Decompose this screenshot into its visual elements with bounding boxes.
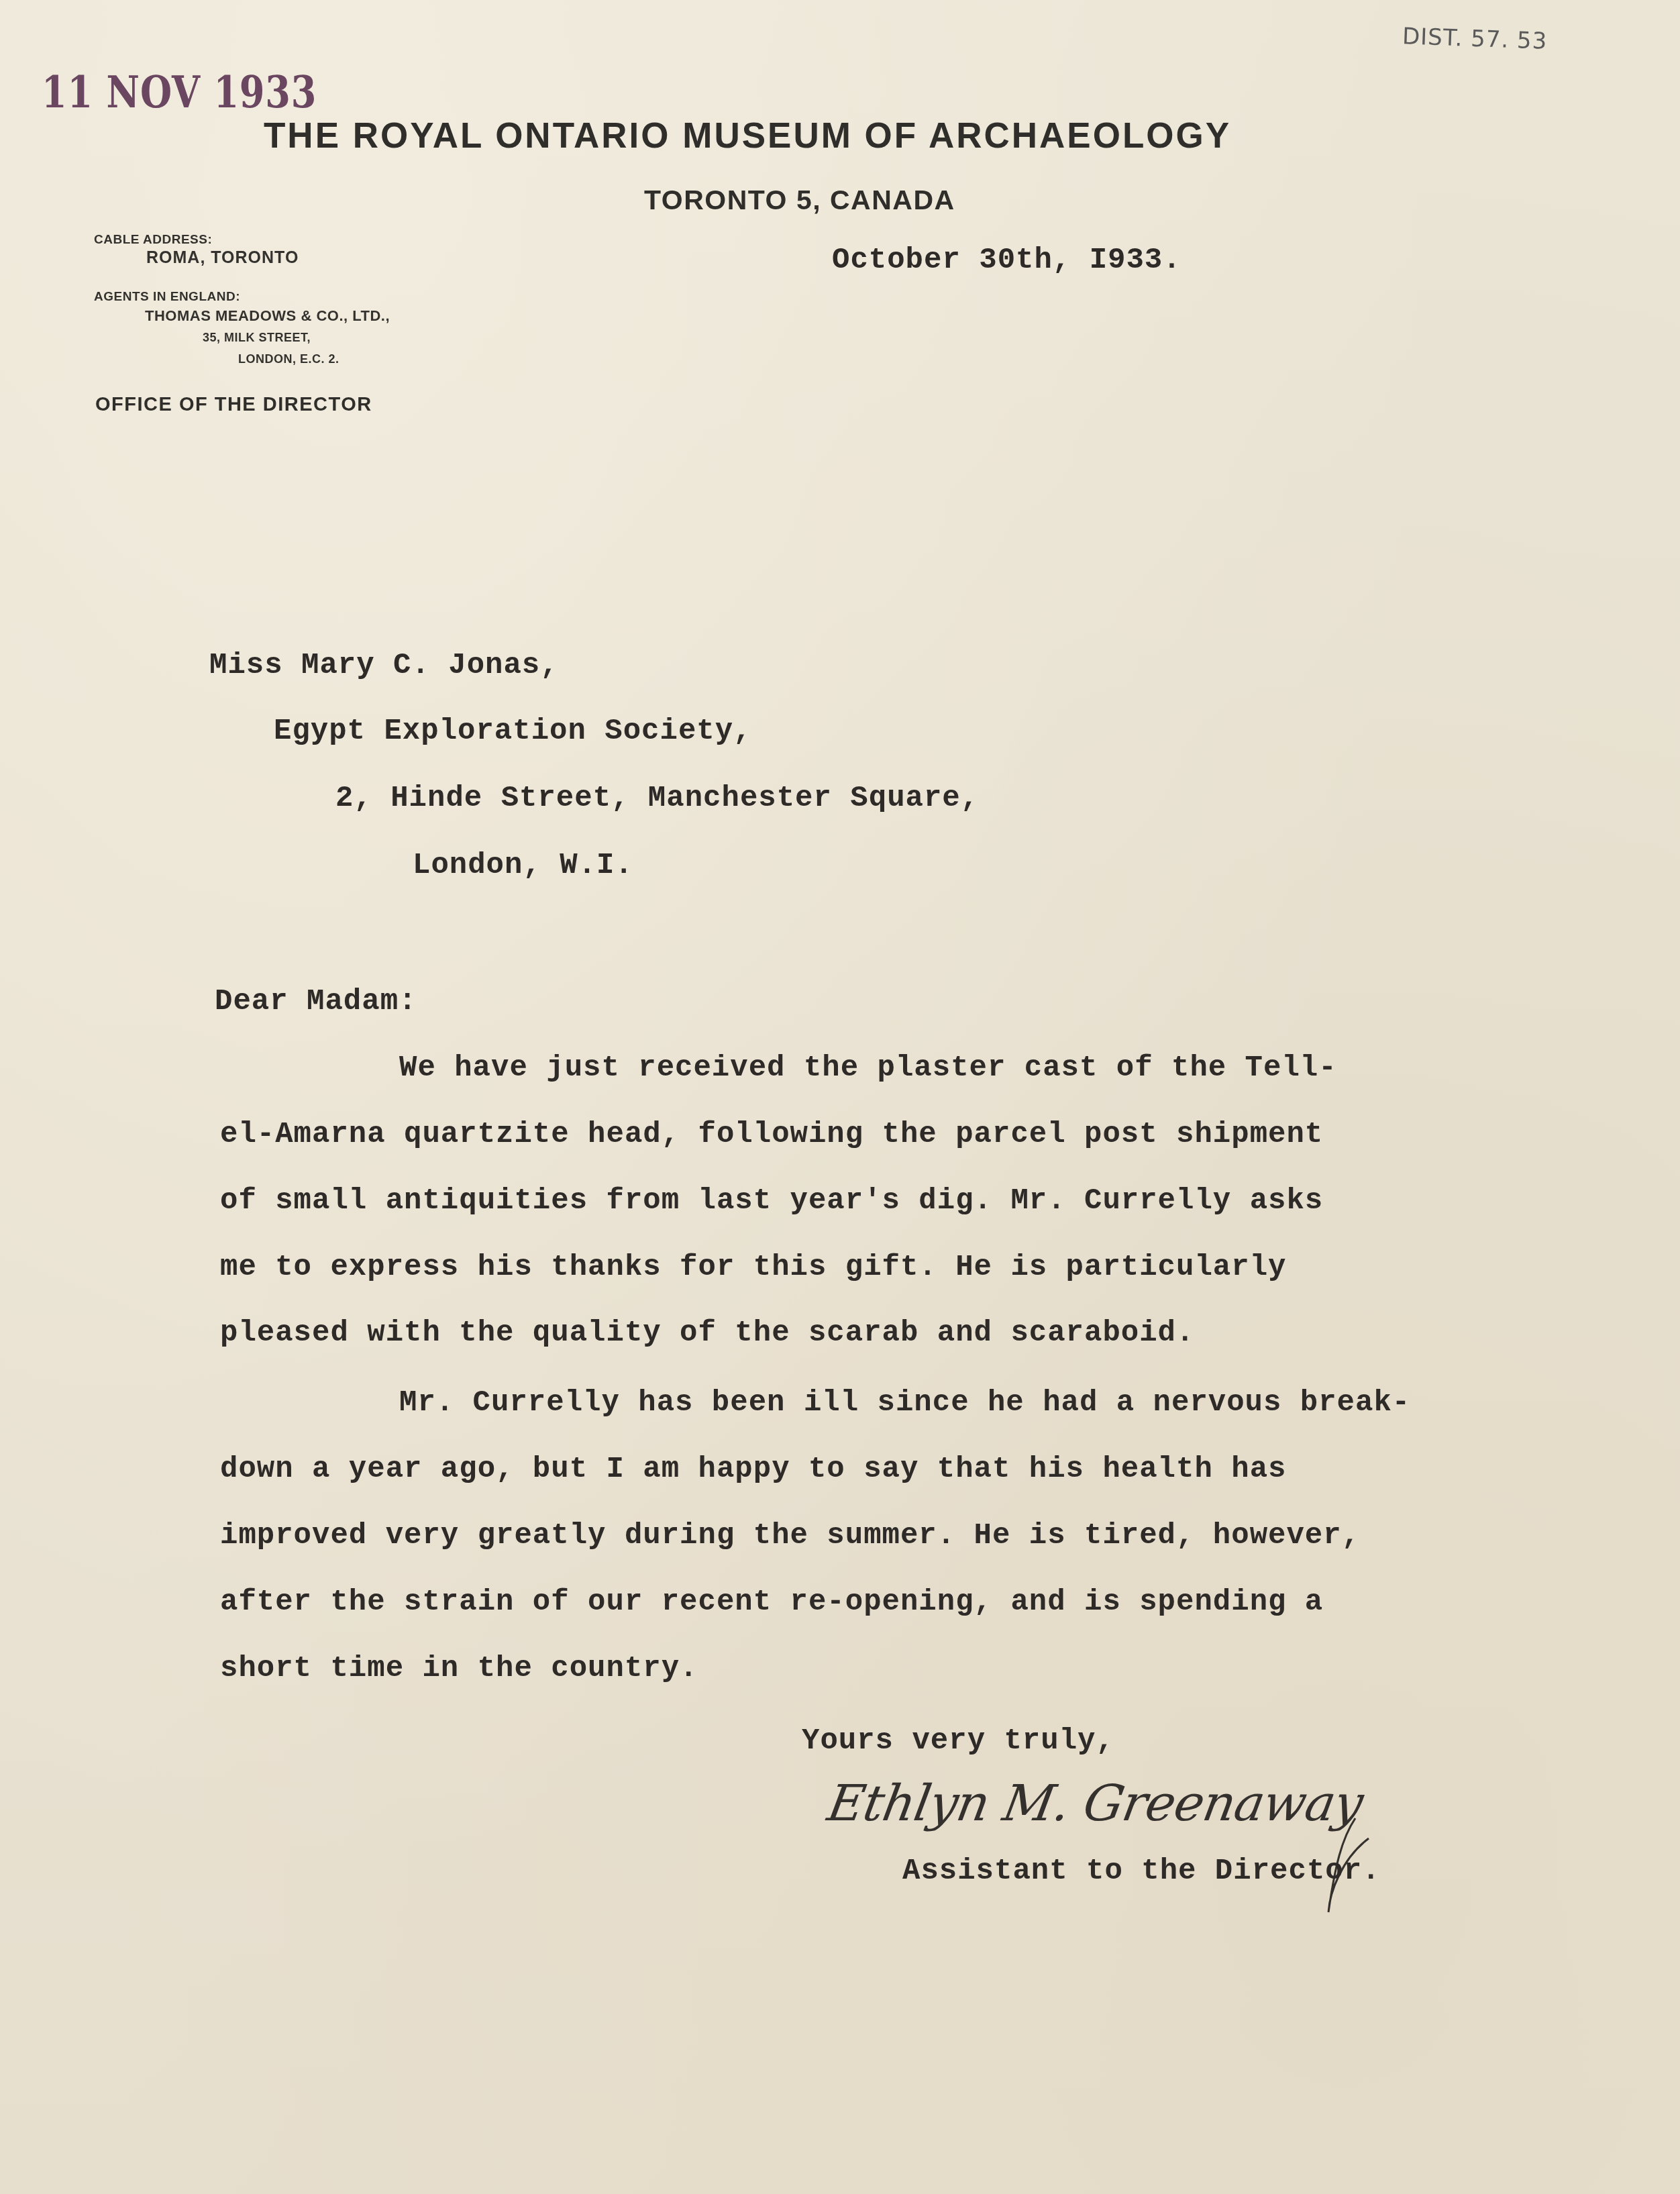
- body-line: improved very greatly during the summer.…: [220, 1519, 1360, 1553]
- body-line: el-Amarna quartzite head, following the …: [220, 1118, 1323, 1151]
- letterhead-city: TORONTO 5, CANADA: [644, 185, 955, 216]
- body-line: pleased with the quality of the scarab a…: [220, 1316, 1194, 1350]
- body-line: after the strain of our recent re-openin…: [220, 1585, 1323, 1619]
- body-line: of small antiquities from last year's di…: [220, 1184, 1323, 1218]
- recipient-organization: Egypt Exploration Society,: [274, 715, 752, 748]
- body-line: We have just received the plaster cast o…: [399, 1051, 1337, 1085]
- handwritten-signature: Ethlyn M. Greenaway: [823, 1775, 1367, 1832]
- letter-page: 11 NOV 1933 DIST. 57. 53 THE ROYAL ONTAR…: [0, 0, 1680, 2194]
- received-date-stamp: 11 NOV 1933: [42, 66, 317, 118]
- body-line: me to express his thanks for this gift. …: [220, 1251, 1286, 1284]
- letterhead-title: THE ROYAL ONTARIO MUSEUM OF ARCHAEOLOGY: [264, 115, 1231, 156]
- recipient-name: Miss Mary C. Jonas,: [209, 649, 559, 682]
- agents-street: 35, MILK STREET,: [203, 331, 311, 345]
- cable-address: ROMA, TORONTO: [146, 248, 299, 268]
- cable-address-label: CABLE ADDRESS:: [94, 233, 212, 248]
- recipient-city: London, W.I.: [413, 849, 633, 882]
- pencil-accession-note: DIST. 57. 53: [1402, 23, 1548, 55]
- office-of-director: OFFICE OF THE DIRECTOR: [95, 394, 372, 416]
- body-line: short time in the country.: [220, 1652, 698, 1685]
- recipient-street: 2, Hinde Street, Manchester Square,: [335, 782, 979, 815]
- agents-label: AGENTS IN ENGLAND:: [94, 290, 240, 305]
- body-line: down a year ago, but I am happy to say t…: [220, 1453, 1286, 1486]
- body-line: Mr. Currelly has been ill since he had a…: [399, 1386, 1410, 1420]
- letter-date: October 30th, I933.: [832, 244, 1182, 277]
- salutation: Dear Madam:: [215, 985, 417, 1018]
- agents-name: THOMAS MEADOWS & CO., LTD.,: [145, 307, 390, 325]
- signer-title: Assistant to the Director.: [902, 1855, 1381, 1888]
- agents-city: LONDON, E.C. 2.: [238, 352, 339, 366]
- closing: Yours very truly,: [802, 1724, 1114, 1758]
